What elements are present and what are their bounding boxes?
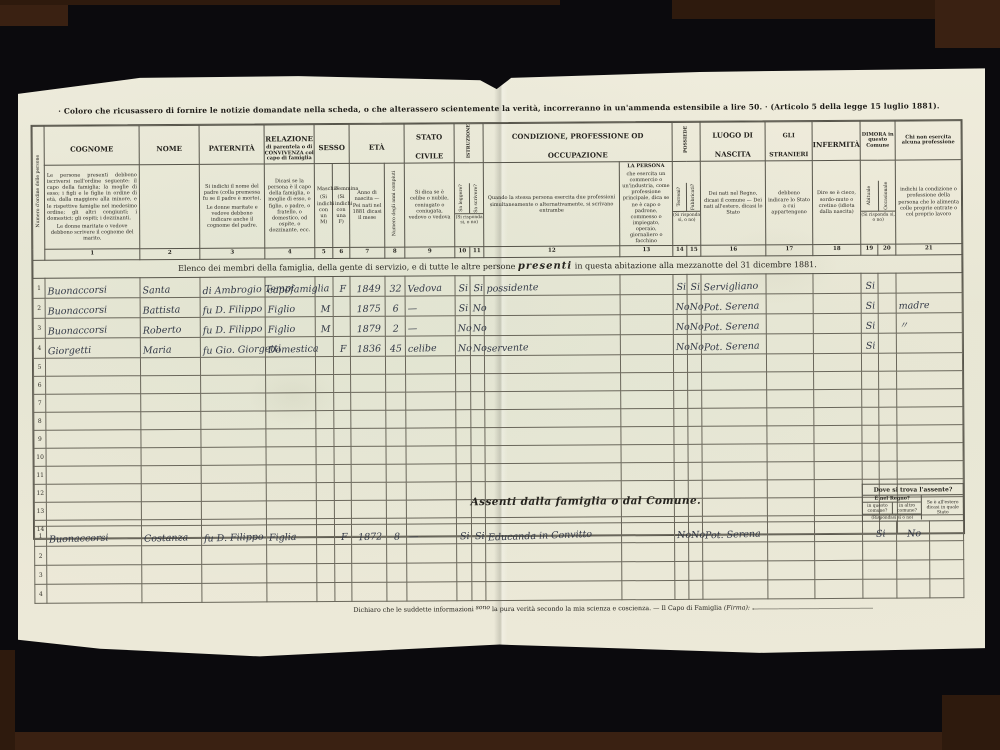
cell-condizione: Educanda in Convitto bbox=[485, 523, 621, 544]
cell-nome bbox=[142, 583, 202, 602]
cell-abituale bbox=[862, 461, 879, 479]
cell-occasionale bbox=[879, 425, 897, 443]
cell-m bbox=[317, 564, 335, 583]
cell-fabbricati bbox=[689, 561, 703, 580]
cell-leggere bbox=[457, 563, 472, 582]
cell-m bbox=[316, 429, 334, 447]
cell-persona bbox=[621, 445, 674, 463]
cell-occasionale bbox=[878, 333, 896, 353]
cell-leggere bbox=[457, 544, 472, 563]
cell-abituale: Si bbox=[861, 273, 878, 293]
cell-anno bbox=[351, 374, 386, 392]
handwritten-entry: No bbox=[905, 529, 921, 539]
cell-mantenuto: madre bbox=[896, 293, 962, 313]
cell-luogo: Pot. Serena bbox=[701, 334, 766, 354]
row-number: 2 bbox=[34, 305, 45, 312]
note-maschio: Maschio(Si indichi con un M) bbox=[314, 164, 333, 248]
handwritten-entry: — bbox=[406, 305, 418, 315]
cell-leggere bbox=[456, 410, 471, 428]
cell-fabbricati: No bbox=[688, 522, 702, 542]
elenco-word-presenti: presenti bbox=[518, 261, 572, 272]
cell-infermita bbox=[813, 294, 861, 314]
cell-stato bbox=[405, 356, 455, 374]
cell-anno: 1875 bbox=[350, 296, 385, 316]
note-relazione: Dicasi se la persona è il capo della fam… bbox=[264, 164, 315, 249]
handwritten-entry: M bbox=[318, 325, 330, 335]
cell-mantenuto bbox=[897, 389, 963, 407]
cell-stato bbox=[406, 374, 456, 392]
cell-anni: 8 bbox=[386, 524, 406, 544]
handwritten-entry: 6 bbox=[391, 305, 399, 315]
cell-n: 6 bbox=[34, 377, 46, 395]
handwritten-entry: Maria bbox=[141, 346, 172, 357]
cell-anno bbox=[351, 428, 386, 446]
cell-luogo bbox=[702, 408, 767, 426]
cell-terreni: No bbox=[673, 295, 687, 315]
cell-terreni bbox=[674, 445, 688, 463]
cell-abituale bbox=[862, 389, 879, 407]
cell-box_estero bbox=[930, 521, 964, 541]
note-luogo-nascita: Dei nati nel Regno, dicasi il comune — D… bbox=[700, 161, 766, 246]
cell-luogo bbox=[702, 444, 767, 462]
cell-stato: celibe bbox=[405, 336, 455, 356]
handwritten-entry: No bbox=[456, 344, 472, 354]
cell-m bbox=[316, 465, 334, 483]
cell-stranieri bbox=[768, 580, 815, 599]
cell-nome bbox=[141, 430, 201, 448]
cell-occasionale bbox=[878, 293, 896, 313]
cell-stato bbox=[406, 464, 456, 482]
handwritten-entry: No bbox=[471, 324, 487, 334]
cell-paternita: fu D. Filippo bbox=[200, 317, 265, 337]
handwritten-entry: F bbox=[339, 533, 348, 543]
handwritten-entry: 1879 bbox=[355, 325, 381, 335]
cell-infermita bbox=[813, 334, 861, 354]
col-header-stranieri: GLI STRANIERI bbox=[765, 122, 812, 161]
handwritten-entry: No bbox=[471, 304, 487, 314]
absent-box-title: Dove si trova l'assente? bbox=[863, 485, 963, 496]
cell-condizione bbox=[484, 315, 620, 336]
cell-cognome: Buonaccorsi bbox=[45, 278, 140, 299]
cell-abituale: Si bbox=[861, 313, 878, 333]
cell-fabbricati bbox=[688, 444, 702, 462]
handwritten-entry: Domestica bbox=[266, 345, 319, 356]
cell-f bbox=[334, 411, 351, 429]
cell-scrivere bbox=[471, 410, 485, 428]
cell-f bbox=[333, 317, 350, 337]
cell-stato: Vedova bbox=[405, 276, 455, 296]
cell-stato: — bbox=[406, 524, 456, 544]
cell-anni: 2 bbox=[385, 316, 405, 336]
cell-persona bbox=[620, 295, 673, 315]
cell-m bbox=[316, 411, 334, 429]
handwritten-entry: Battista bbox=[141, 306, 181, 317]
cell-paternita bbox=[202, 545, 267, 564]
cell-n: 5 bbox=[33, 359, 45, 377]
cell-stranieri bbox=[768, 561, 815, 580]
cell-scrivere bbox=[471, 428, 485, 446]
census-form-sheet: · Coloro che ricusassero di fornire le n… bbox=[18, 66, 985, 660]
cell-anni: 6 bbox=[385, 296, 405, 316]
cell-stato bbox=[406, 428, 456, 446]
cell-persona bbox=[622, 542, 675, 561]
cell-stato bbox=[406, 446, 456, 464]
declaration-firma-label: (Firma): bbox=[724, 604, 750, 611]
handwritten-entry: Pot. Serena bbox=[702, 302, 760, 313]
cell-cognome bbox=[47, 546, 142, 566]
cell-scrivere: No bbox=[470, 296, 484, 316]
absent-box-estero: Se è all'estero dicasi in quale Stato bbox=[922, 495, 963, 519]
row-number: 7 bbox=[34, 400, 45, 407]
handwritten-entry: 1872 bbox=[356, 532, 382, 542]
cell-cognome bbox=[46, 412, 141, 431]
cell-anno: 1836 bbox=[350, 336, 385, 356]
cell-persona bbox=[622, 561, 675, 580]
cell-leggere bbox=[456, 428, 471, 446]
note-istruzione: Sa leggere? Sa scrivere? (Si risponda sì… bbox=[454, 163, 484, 247]
cell-terreni bbox=[675, 561, 689, 580]
handwritten-entry: F bbox=[337, 345, 346, 355]
cell-mantenuto bbox=[897, 443, 963, 461]
cell-luogo bbox=[702, 372, 767, 390]
cell-leggere bbox=[455, 356, 470, 374]
cell-stranieri bbox=[767, 462, 814, 480]
cell-n: 4 bbox=[33, 339, 45, 359]
cell-relazione: capofamiglia bbox=[265, 277, 315, 297]
handwritten-entry: Si bbox=[473, 532, 485, 542]
col-header-condizione: CONDIZIONE, PROFESSIONE OD OCCUPAZIONE bbox=[483, 122, 672, 162]
cell-paternita bbox=[201, 393, 266, 411]
cell-stato: — bbox=[405, 316, 455, 336]
cell-abituale bbox=[861, 353, 878, 371]
cell-terreni bbox=[675, 580, 689, 599]
cell-infermita bbox=[813, 314, 861, 334]
note-cognome: Le persone presenti debbono iscriversi n… bbox=[44, 165, 140, 250]
declaration-line: Dichiaro che le suddette informazioni so… bbox=[353, 602, 872, 614]
handwritten-entry: — bbox=[407, 532, 419, 542]
cell-scrivere bbox=[471, 392, 485, 410]
cell-scrivere bbox=[471, 374, 485, 392]
cell-f bbox=[334, 465, 351, 483]
row-number: 1 bbox=[35, 533, 46, 540]
cell-scrivere: No bbox=[470, 316, 484, 336]
cell-paternita bbox=[201, 375, 266, 393]
cell-relazione: Figlio bbox=[265, 317, 315, 337]
cell-paternita bbox=[201, 465, 266, 483]
cell-occasionale bbox=[879, 407, 897, 425]
cell-luogo bbox=[701, 354, 766, 372]
cell-f bbox=[335, 544, 352, 563]
cell-nome bbox=[141, 466, 201, 484]
cell-f bbox=[334, 375, 351, 393]
note-possiede: Terreni? Fabbricati? (Si risponda sì, o … bbox=[672, 161, 701, 245]
cell-m bbox=[316, 375, 334, 393]
cell-mantenuto bbox=[896, 333, 962, 353]
cell-m bbox=[317, 545, 335, 564]
cell-occasionale bbox=[879, 389, 897, 407]
handwritten-entry: Buonaccorsi bbox=[45, 286, 107, 298]
handwritten-entry: 1875 bbox=[354, 305, 380, 315]
note-stranieri: debbono indicare lo Stato a cui apparten… bbox=[765, 161, 813, 246]
cell-condizione bbox=[486, 581, 622, 601]
handwritten-entry: Giorgetti bbox=[46, 346, 92, 357]
declaration-sono: sono bbox=[476, 604, 490, 611]
cell-paternita: di Ambrogio Tempi bbox=[200, 277, 265, 297]
cell-abituale bbox=[862, 425, 879, 443]
cell-stranieri bbox=[767, 390, 814, 408]
col-header-possiede: POSSIEDE bbox=[672, 122, 700, 161]
handwritten-entry: Figlia bbox=[267, 533, 297, 543]
cell-persona bbox=[621, 427, 674, 445]
cell-luogo bbox=[703, 561, 768, 580]
cell-fabbricati bbox=[688, 462, 702, 480]
cell-relazione bbox=[266, 375, 316, 393]
handwritten-entry: Vedova bbox=[405, 284, 442, 295]
cell-paternita bbox=[201, 447, 266, 465]
cell-m: M bbox=[315, 297, 333, 317]
cell-cognome bbox=[46, 394, 141, 413]
handwritten-entry: fu D. Filippo bbox=[201, 305, 263, 317]
declaration-part2: la pura verità secondo la mia scienza e … bbox=[492, 605, 722, 613]
cell-persona bbox=[621, 463, 674, 481]
cell-luogo: Pot. Serena bbox=[701, 314, 766, 334]
handwritten-entry: 1836 bbox=[355, 345, 381, 355]
cell-condizione bbox=[485, 391, 621, 410]
handwritten-entry: Si bbox=[864, 302, 876, 312]
cell-leggere: No bbox=[455, 316, 470, 336]
cell-relazione bbox=[266, 393, 316, 411]
handwritten-entry: Santa bbox=[140, 286, 170, 297]
cell-infermita bbox=[814, 462, 862, 480]
cell-condizione bbox=[486, 543, 622, 563]
cell-f bbox=[335, 563, 352, 582]
cell-luogo bbox=[702, 462, 767, 480]
cell-anni bbox=[387, 544, 407, 563]
handwritten-entry: M bbox=[318, 305, 330, 315]
cell-scrivere: Si bbox=[470, 276, 484, 296]
cell-n: 1 bbox=[34, 526, 46, 546]
handwritten-entry: Servigliano bbox=[701, 282, 758, 293]
cell-cognome bbox=[47, 565, 142, 585]
cell-cognome bbox=[45, 358, 140, 377]
cell-condizione: servente bbox=[484, 335, 620, 356]
cell-f: F bbox=[333, 337, 350, 357]
cell-abituale: Si bbox=[861, 333, 878, 353]
cell-box_altro bbox=[897, 541, 930, 560]
cell-cognome bbox=[46, 376, 141, 395]
cell-fabbricati: No bbox=[687, 334, 701, 354]
cell-luogo bbox=[703, 580, 768, 599]
cell-leggere bbox=[457, 582, 472, 601]
cell-cognome: Buonaccorsi bbox=[46, 526, 141, 547]
cell-scrivere bbox=[472, 544, 486, 563]
handwritten-entry: 8 bbox=[392, 533, 400, 543]
cell-cognome bbox=[46, 466, 141, 485]
cell-luogo bbox=[702, 390, 767, 408]
wood-table-bottom-strip bbox=[0, 732, 1000, 750]
cell-m bbox=[315, 357, 333, 375]
cell-nome bbox=[141, 376, 201, 394]
cell-terreni bbox=[674, 373, 688, 391]
cell-m bbox=[316, 393, 334, 411]
cell-stranieri bbox=[766, 274, 813, 294]
handwritten-entry: Pot. Serena bbox=[702, 322, 760, 333]
cell-luogo: Pot. Serena bbox=[702, 522, 767, 542]
col-header-nome: NOME bbox=[139, 125, 199, 164]
cell-stranieri bbox=[767, 408, 814, 426]
handwritten-entry: Si bbox=[458, 532, 470, 542]
cell-nome bbox=[142, 564, 202, 583]
note-condizione-12: Quando la stessa persona esercita due pr… bbox=[483, 162, 620, 247]
cell-box_questo bbox=[863, 579, 897, 598]
cell-box_altro: No bbox=[897, 521, 930, 541]
cell-scrivere bbox=[470, 356, 484, 374]
row-number: 6 bbox=[34, 382, 45, 389]
cell-occasionale bbox=[878, 353, 896, 371]
cell-persona bbox=[621, 373, 674, 391]
cell-f bbox=[334, 447, 351, 465]
cell-nome bbox=[141, 448, 201, 466]
cell-paternita bbox=[202, 564, 267, 583]
cell-box_estero bbox=[930, 560, 964, 579]
cell-f bbox=[334, 393, 351, 411]
elenco-text-suffix: in questa abitazione alla mezzanotte del… bbox=[575, 260, 817, 270]
cell-box_questo bbox=[863, 560, 897, 579]
cell-leggere: Si bbox=[455, 276, 470, 296]
cell-scrivere bbox=[471, 464, 485, 482]
cell-box_questo bbox=[863, 541, 897, 560]
cell-anni bbox=[386, 410, 406, 428]
cell-persona bbox=[620, 355, 673, 373]
cell-n: 1 bbox=[33, 279, 45, 299]
cell-luogo bbox=[703, 542, 768, 561]
row-number: 8 bbox=[34, 418, 45, 425]
row-number: 4 bbox=[34, 345, 45, 352]
cell-condizione bbox=[484, 355, 620, 374]
cell-relazione bbox=[266, 447, 316, 465]
row-number: 5 bbox=[34, 364, 45, 371]
cell-m bbox=[317, 583, 335, 602]
handwritten-entry: 1849 bbox=[354, 285, 380, 295]
cell-infermita bbox=[815, 541, 863, 560]
cell-persona bbox=[621, 522, 674, 542]
note-condizione-13: LA PERSONAche esercita un commercio o un… bbox=[619, 161, 673, 246]
col-header-istruzione: ISTRUZIONE bbox=[454, 124, 483, 163]
col-header-relazione: RELAZIONEdi parentela o di CONVIVENZA co… bbox=[264, 125, 314, 164]
cell-fabbricati bbox=[688, 390, 702, 408]
col-header-cognome: COGNOME bbox=[44, 126, 139, 166]
row-number: 1 bbox=[34, 285, 45, 292]
cell-anno: 1849 bbox=[350, 276, 385, 296]
cell-occasionale bbox=[879, 371, 897, 389]
cell-persona bbox=[620, 335, 673, 355]
assenti-section-title: Assenti dalla famiglia o dal Comune. bbox=[471, 495, 702, 508]
cell-relazione bbox=[265, 357, 315, 375]
cell-scrivere bbox=[471, 446, 485, 464]
handwritten-entry: Si bbox=[457, 304, 469, 314]
declaration-part1: Dichiaro che le suddette informazioni bbox=[353, 606, 473, 614]
cell-m bbox=[316, 447, 334, 465]
cell-n: 2 bbox=[35, 546, 47, 565]
cell-fabbricati bbox=[689, 542, 703, 561]
handwritten-entry: Educanda in Convitto bbox=[486, 530, 592, 543]
row-number: 2 bbox=[35, 552, 46, 559]
cell-mantenuto bbox=[897, 407, 963, 425]
cell-anni bbox=[386, 428, 406, 446]
cell-stranieri bbox=[766, 354, 813, 372]
cell-stato bbox=[407, 582, 457, 601]
wood-table-bottom-left bbox=[0, 650, 15, 750]
cell-paternita bbox=[202, 583, 267, 602]
cell-stranieri bbox=[766, 294, 813, 314]
cell-nome bbox=[141, 412, 201, 430]
cell-fabbricati bbox=[687, 354, 701, 372]
absent-box-questo-comune: in questo comune? bbox=[863, 503, 892, 514]
cell-relazione: Figlio bbox=[265, 297, 315, 317]
cell-paternita: fu Gio. Giorgetti bbox=[200, 337, 265, 357]
cell-anno bbox=[352, 544, 387, 563]
cell-stranieri bbox=[767, 372, 814, 390]
cell-infermita bbox=[814, 426, 862, 444]
cell-nome: Santa bbox=[140, 278, 200, 298]
cell-condizione bbox=[485, 373, 621, 392]
cell-fabbricati bbox=[688, 372, 702, 390]
cell-occasionale bbox=[878, 313, 896, 333]
cell-abituale bbox=[862, 407, 879, 425]
absent-location-box: Dove si trova l'assente? È nel Regno? in… bbox=[862, 484, 963, 522]
cell-leggere: Si bbox=[456, 524, 471, 544]
cell-condizione bbox=[484, 295, 620, 316]
cell-abituale: Si bbox=[861, 293, 878, 313]
cell-box_altro bbox=[897, 579, 930, 598]
cell-stato bbox=[407, 544, 457, 563]
elenco-text-prefix: Elenco dei membri della famiglia, della … bbox=[178, 262, 515, 273]
cell-box_questo: Si bbox=[863, 521, 897, 541]
cell-nome: Battista bbox=[140, 298, 200, 318]
cell-anno bbox=[350, 356, 385, 374]
cell-infermita bbox=[814, 390, 862, 408]
cell-stranieri bbox=[768, 542, 815, 561]
handwritten-entry: Figlio bbox=[266, 325, 296, 335]
cell-condizione bbox=[485, 427, 621, 446]
cell-nome: Roberto bbox=[140, 318, 200, 338]
row-number: 3 bbox=[34, 325, 45, 332]
row-number: 10 bbox=[35, 454, 46, 461]
cell-leggere: No bbox=[455, 336, 470, 356]
cell-f bbox=[333, 297, 350, 317]
cell-nome bbox=[141, 394, 201, 412]
cell-mantenuto: 〃 bbox=[896, 313, 962, 333]
cell-mantenuto bbox=[897, 461, 963, 479]
note-anno-nascita: Anno di nascita — Pei nati nel 1881 dica… bbox=[349, 163, 385, 247]
row-number: 9 bbox=[34, 436, 45, 443]
col-header-stato-civile: STATO CIVILE bbox=[404, 124, 454, 163]
note-stato-civile: Si dica se è celibe o nubile, coniugato … bbox=[404, 163, 455, 248]
row-number: 4 bbox=[35, 590, 46, 597]
row-number: 11 bbox=[35, 472, 46, 479]
cell-anni bbox=[386, 392, 406, 410]
handwritten-entry: Roberto bbox=[141, 326, 182, 337]
cell-leggere bbox=[456, 446, 471, 464]
wood-table-bottom-right bbox=[942, 695, 1000, 750]
note-non-esercita: indichi la condizione o professione dell… bbox=[895, 160, 962, 245]
presenti-table: Numero d'ordine delle persone COGNOME NO… bbox=[32, 120, 965, 539]
cell-anno bbox=[351, 446, 386, 464]
cell-box_estero bbox=[930, 579, 964, 598]
wood-table-top-strip bbox=[0, 0, 560, 5]
cell-scrivere: Si bbox=[471, 524, 485, 544]
cell-fabbricati bbox=[688, 408, 702, 426]
